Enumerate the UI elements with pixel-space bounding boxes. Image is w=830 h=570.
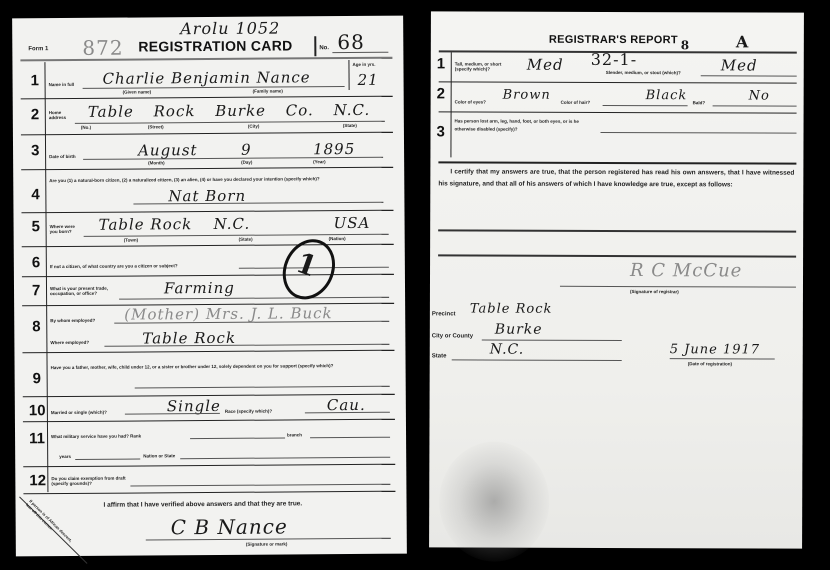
registrar-signature: R C McCue bbox=[630, 260, 742, 281]
sublabel-street: (Street) bbox=[148, 124, 164, 129]
branch-label: branch bbox=[287, 432, 302, 437]
occupation-label: What is your present trade, occupation, … bbox=[50, 286, 110, 296]
report-row-number-1: 1 bbox=[437, 55, 445, 72]
birth-month-value: August bbox=[138, 141, 198, 159]
sublabel-state: (State) bbox=[343, 123, 357, 128]
row-number-7: 7 bbox=[32, 282, 40, 299]
build-label: Slender, medium, or stout (which)? bbox=[606, 70, 681, 75]
registrar-signature-label: (Signature of registrar) bbox=[630, 289, 679, 294]
certification-text: I certify that my answers are true, that… bbox=[438, 166, 794, 191]
hair-color-value: Black bbox=[646, 88, 688, 103]
row-number-8: 8 bbox=[32, 318, 40, 335]
faint-serial-number: 872 bbox=[82, 36, 123, 60]
bald-label: Bald? bbox=[693, 100, 706, 105]
sublabel-town: (Town) bbox=[124, 237, 138, 242]
home-address-value: Table Rock Burke Co. N.C. bbox=[88, 101, 371, 121]
disability-label: Has person lost arm, leg, hand, foot, or… bbox=[455, 117, 595, 133]
exemption-label: Do you claim exemption from draft (speci… bbox=[51, 476, 131, 487]
name-value: Charlie Benjamin Nance bbox=[102, 68, 310, 87]
registration-date-value: 5 June 1917 bbox=[670, 342, 760, 357]
sublabel-nation: (Nation) bbox=[329, 236, 346, 241]
age-label: Age in yrs. bbox=[352, 62, 375, 67]
state-value: N.C. bbox=[490, 342, 525, 358]
top-mark-middle: 8 bbox=[681, 38, 690, 52]
row-number-12: 12 bbox=[29, 472, 46, 489]
signature-label: (Signature or mark) bbox=[246, 541, 288, 546]
sublabel-given-name: (Given name) bbox=[123, 89, 152, 94]
sublabel-state-5: (State) bbox=[239, 237, 253, 242]
dependents-label: Have you a father, mother, wife, child u… bbox=[50, 354, 390, 380]
sublabel-family-name: (Family name) bbox=[253, 88, 283, 93]
home-address-label: Home address bbox=[49, 110, 73, 120]
form-label: Form 1 bbox=[28, 46, 48, 53]
height-numeric-mark: 32-1- bbox=[591, 50, 637, 69]
military-service-label: What military service have you had? Rank bbox=[51, 433, 141, 439]
hair-color-label: Color of hair? bbox=[561, 100, 591, 105]
registration-card: Form 1 872 Arolu 1052 REGISTRATION CARD … bbox=[12, 16, 407, 557]
citizenship-label: Are you (1) a natural-born citizen, (2) … bbox=[49, 172, 384, 188]
build-value: Med bbox=[721, 56, 758, 74]
report-row-number-2: 2 bbox=[437, 85, 445, 102]
date-of-birth-label: Date of birth bbox=[49, 154, 76, 159]
birth-year-value: 1895 bbox=[313, 140, 355, 158]
sublabel-day: (Day) bbox=[241, 160, 252, 165]
registration-date-label: (Date of registration) bbox=[688, 361, 732, 366]
row-number-6: 6 bbox=[32, 254, 40, 271]
eye-color-value: Brown bbox=[503, 88, 551, 103]
row-number-4: 4 bbox=[31, 186, 39, 203]
nation-or-state-label: Nation or State bbox=[143, 453, 175, 458]
occupation-value: Farming bbox=[164, 279, 235, 297]
row-number-11: 11 bbox=[29, 430, 45, 447]
state-label: State bbox=[432, 353, 447, 360]
height-label: Tall, medium, or short (specify which)? bbox=[455, 61, 503, 71]
county-value: Burke bbox=[495, 322, 543, 338]
employer-label: By whom employed? bbox=[50, 318, 95, 323]
marital-status-label: Married or single (which)? bbox=[51, 410, 107, 415]
eye-color-label: Color of eyes? bbox=[455, 99, 486, 104]
row-number-3: 3 bbox=[31, 142, 39, 159]
sublabel-month: (Month) bbox=[148, 160, 165, 165]
sublabel-no: (No.) bbox=[81, 125, 91, 130]
name-label: Name in full bbox=[49, 82, 75, 87]
precinct-label: Precinct bbox=[432, 311, 456, 318]
affirmation-text: I affirm that I have verified above answ… bbox=[104, 500, 303, 508]
precinct-value: Table Rock bbox=[470, 301, 553, 316]
row-number-9: 9 bbox=[33, 370, 41, 387]
birth-day-value: 9 bbox=[241, 141, 252, 159]
row-number-1: 1 bbox=[31, 72, 39, 89]
number-label: No. bbox=[319, 45, 329, 52]
report-title: REGISTRAR'S REPORT bbox=[549, 34, 678, 46]
corner-note: If person is of African descent, tear of… bbox=[25, 498, 75, 547]
row-number-2: 2 bbox=[31, 106, 39, 123]
height-value: Med bbox=[527, 56, 564, 74]
top-annotation: Arolu 1052 bbox=[180, 18, 280, 38]
years-label: years bbox=[59, 454, 71, 459]
row-number-5: 5 bbox=[32, 218, 40, 235]
county-label: City or County bbox=[432, 333, 473, 340]
top-mark-right: A bbox=[736, 32, 749, 51]
report-row-number-3: 3 bbox=[436, 123, 444, 140]
birthplace-label: Where were you born? bbox=[50, 224, 80, 234]
card-number: 68 bbox=[337, 30, 365, 54]
bald-value: No bbox=[749, 88, 770, 103]
row-number-10: 10 bbox=[29, 402, 46, 419]
registrars-report-card: REGISTRAR'S REPORT 8 A 1 Tall, medium, o… bbox=[429, 11, 804, 548]
scan-smudge bbox=[439, 441, 549, 561]
age-value: 21 bbox=[358, 71, 379, 89]
card-title: REGISTRATION CARD bbox=[138, 37, 292, 54]
foreign-citizenship-label: If not a citizen, of what country are yo… bbox=[50, 263, 178, 269]
birthplace-town-value: Table Rock bbox=[99, 215, 193, 234]
registrant-signature: C B Nance bbox=[171, 514, 288, 539]
sublabel-year: (Year) bbox=[313, 159, 326, 164]
place-of-employment-label: Where employed? bbox=[50, 340, 89, 345]
birthplace-nation-value: USA bbox=[334, 214, 371, 232]
birthplace-state-value: N.C. bbox=[214, 215, 251, 233]
race-label: Race (specify which)? bbox=[225, 409, 272, 414]
sublabel-city: (City) bbox=[248, 124, 260, 129]
